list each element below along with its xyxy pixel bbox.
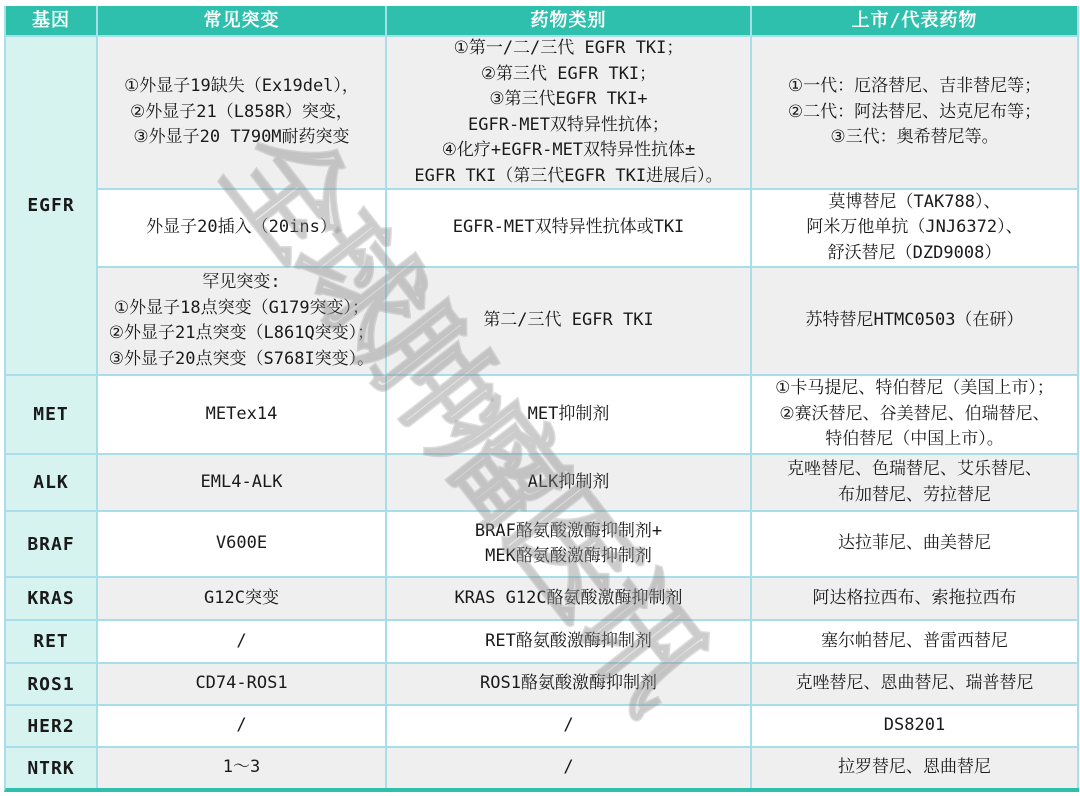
cell-kras-drugs: 阿达格拉西布、索拖拉西布 bbox=[752, 578, 1079, 621]
cell-her2-drug-class: / bbox=[387, 706, 752, 748]
gene-cell-braf: BRAF bbox=[6, 512, 98, 578]
cell-ret-drugs: 塞尔帕替尼、普雷西替尼 bbox=[752, 621, 1079, 664]
cell-egfr-20ins-drug-class: EGFR-MET双特异性抗体或TKI bbox=[387, 190, 752, 268]
cell-braf-mutation: V600E bbox=[98, 512, 387, 578]
cell-braf-drug-class: BRAF酪氨酸激酶抑制剂+ MEK酪氨酸激酶抑制剂 bbox=[387, 512, 752, 578]
cell-met-drugs: ①卡马提尼、特伯替尼（美国上市）； ②赛沃替尼、谷美替尼、伯瑞替尼、 特伯替尼（… bbox=[752, 376, 1079, 455]
column-header-marketed-drugs: 上市/代表药物 bbox=[752, 6, 1079, 37]
cell-egfr-common-drugs: ①一代：厄洛替尼、吉非替尼等； ②二代：阿法替尼、达克尼布等； ③三代：奥希替尼… bbox=[752, 37, 1079, 190]
cell-egfr-rare-drug-class: 第二/三代 EGFR TKI bbox=[387, 268, 752, 376]
gene-cell-kras: KRAS bbox=[6, 578, 98, 621]
column-header-drug-class: 药物类别 bbox=[387, 6, 752, 37]
cell-egfr-rare-mutation: 罕见突变: ①外显子18点突变（G179突变）； ②外显子21点突变（L861Q… bbox=[98, 268, 387, 376]
gene-cell-her2: HER2 bbox=[6, 706, 98, 748]
cell-egfr-20ins-mutation: 外显子20插入（20ins） bbox=[98, 190, 387, 268]
gene-cell-ntrk: NTRK bbox=[6, 748, 98, 788]
cell-ros1-drug-class: ROS1酪氨酸激酶抑制剂 bbox=[387, 664, 752, 706]
cell-alk-mutation: EML4-ALK bbox=[98, 455, 387, 512]
cell-egfr-20ins-drugs: 莫博替尼（TAK788）、 阿米万他单抗（JNJ6372）、 舒沃替尼（DZD9… bbox=[752, 190, 1079, 268]
gene-cell-ros1: ROS1 bbox=[6, 664, 98, 706]
cell-met-drug-class: MET抑制剂 bbox=[387, 376, 752, 455]
cell-kras-mutation: G12C突变 bbox=[98, 578, 387, 621]
cell-ret-drug-class: RET酪氨酸激酶抑制剂 bbox=[387, 621, 752, 664]
cell-ntrk-drug-class: / bbox=[387, 748, 752, 788]
cell-egfr-rare-drugs: 苏特替尼HTMC0503（在研） bbox=[752, 268, 1079, 376]
column-header-common-mutation: 常见突变 bbox=[98, 6, 387, 37]
cell-egfr-common-drug-class: ①第一/二/三代 EGFR TKI； ②第三代 EGFR TKI； ③第三代EG… bbox=[387, 37, 752, 190]
cell-met-mutation: METex14 bbox=[98, 376, 387, 455]
cell-braf-drugs: 达拉菲尼、曲美替尼 bbox=[752, 512, 1079, 578]
cell-ntrk-mutation: 1～3 bbox=[98, 748, 387, 788]
cell-ret-mutation: / bbox=[98, 621, 387, 664]
gene-cell-met: MET bbox=[6, 376, 98, 455]
cell-her2-drugs: DS8201 bbox=[752, 706, 1079, 748]
cell-alk-drugs: 克唑替尼、色瑞替尼、艾乐替尼、 布加替尼、劳拉替尼 bbox=[752, 455, 1079, 512]
gene-cell-egfr: EGFR bbox=[6, 37, 98, 376]
cell-ros1-drugs: 克唑替尼、恩曲替尼、瑞普替尼 bbox=[752, 664, 1079, 706]
cell-kras-drug-class: KRAS G12C酪氨酸激酶抑制剂 bbox=[387, 578, 752, 621]
cell-ros1-mutation: CD74-ROS1 bbox=[98, 664, 387, 706]
cell-egfr-common-mutation: ①外显子19缺失（Ex19del）， ②外显子21（L858R）突变， ③外显子… bbox=[98, 37, 387, 190]
cell-ntrk-drugs: 拉罗替尼、恩曲替尼 bbox=[752, 748, 1079, 788]
cell-her2-mutation: / bbox=[98, 706, 387, 748]
gene-cell-ret: RET bbox=[6, 621, 98, 664]
cell-alk-drug-class: ALK抑制剂 bbox=[387, 455, 752, 512]
gene-drug-table: 基因 常见突变 药物类别 上市/代表药物 EGFR MET ALK BRAF K… bbox=[4, 6, 1079, 792]
gene-cell-alk: ALK bbox=[6, 455, 98, 512]
column-header-gene: 基因 bbox=[6, 6, 98, 37]
